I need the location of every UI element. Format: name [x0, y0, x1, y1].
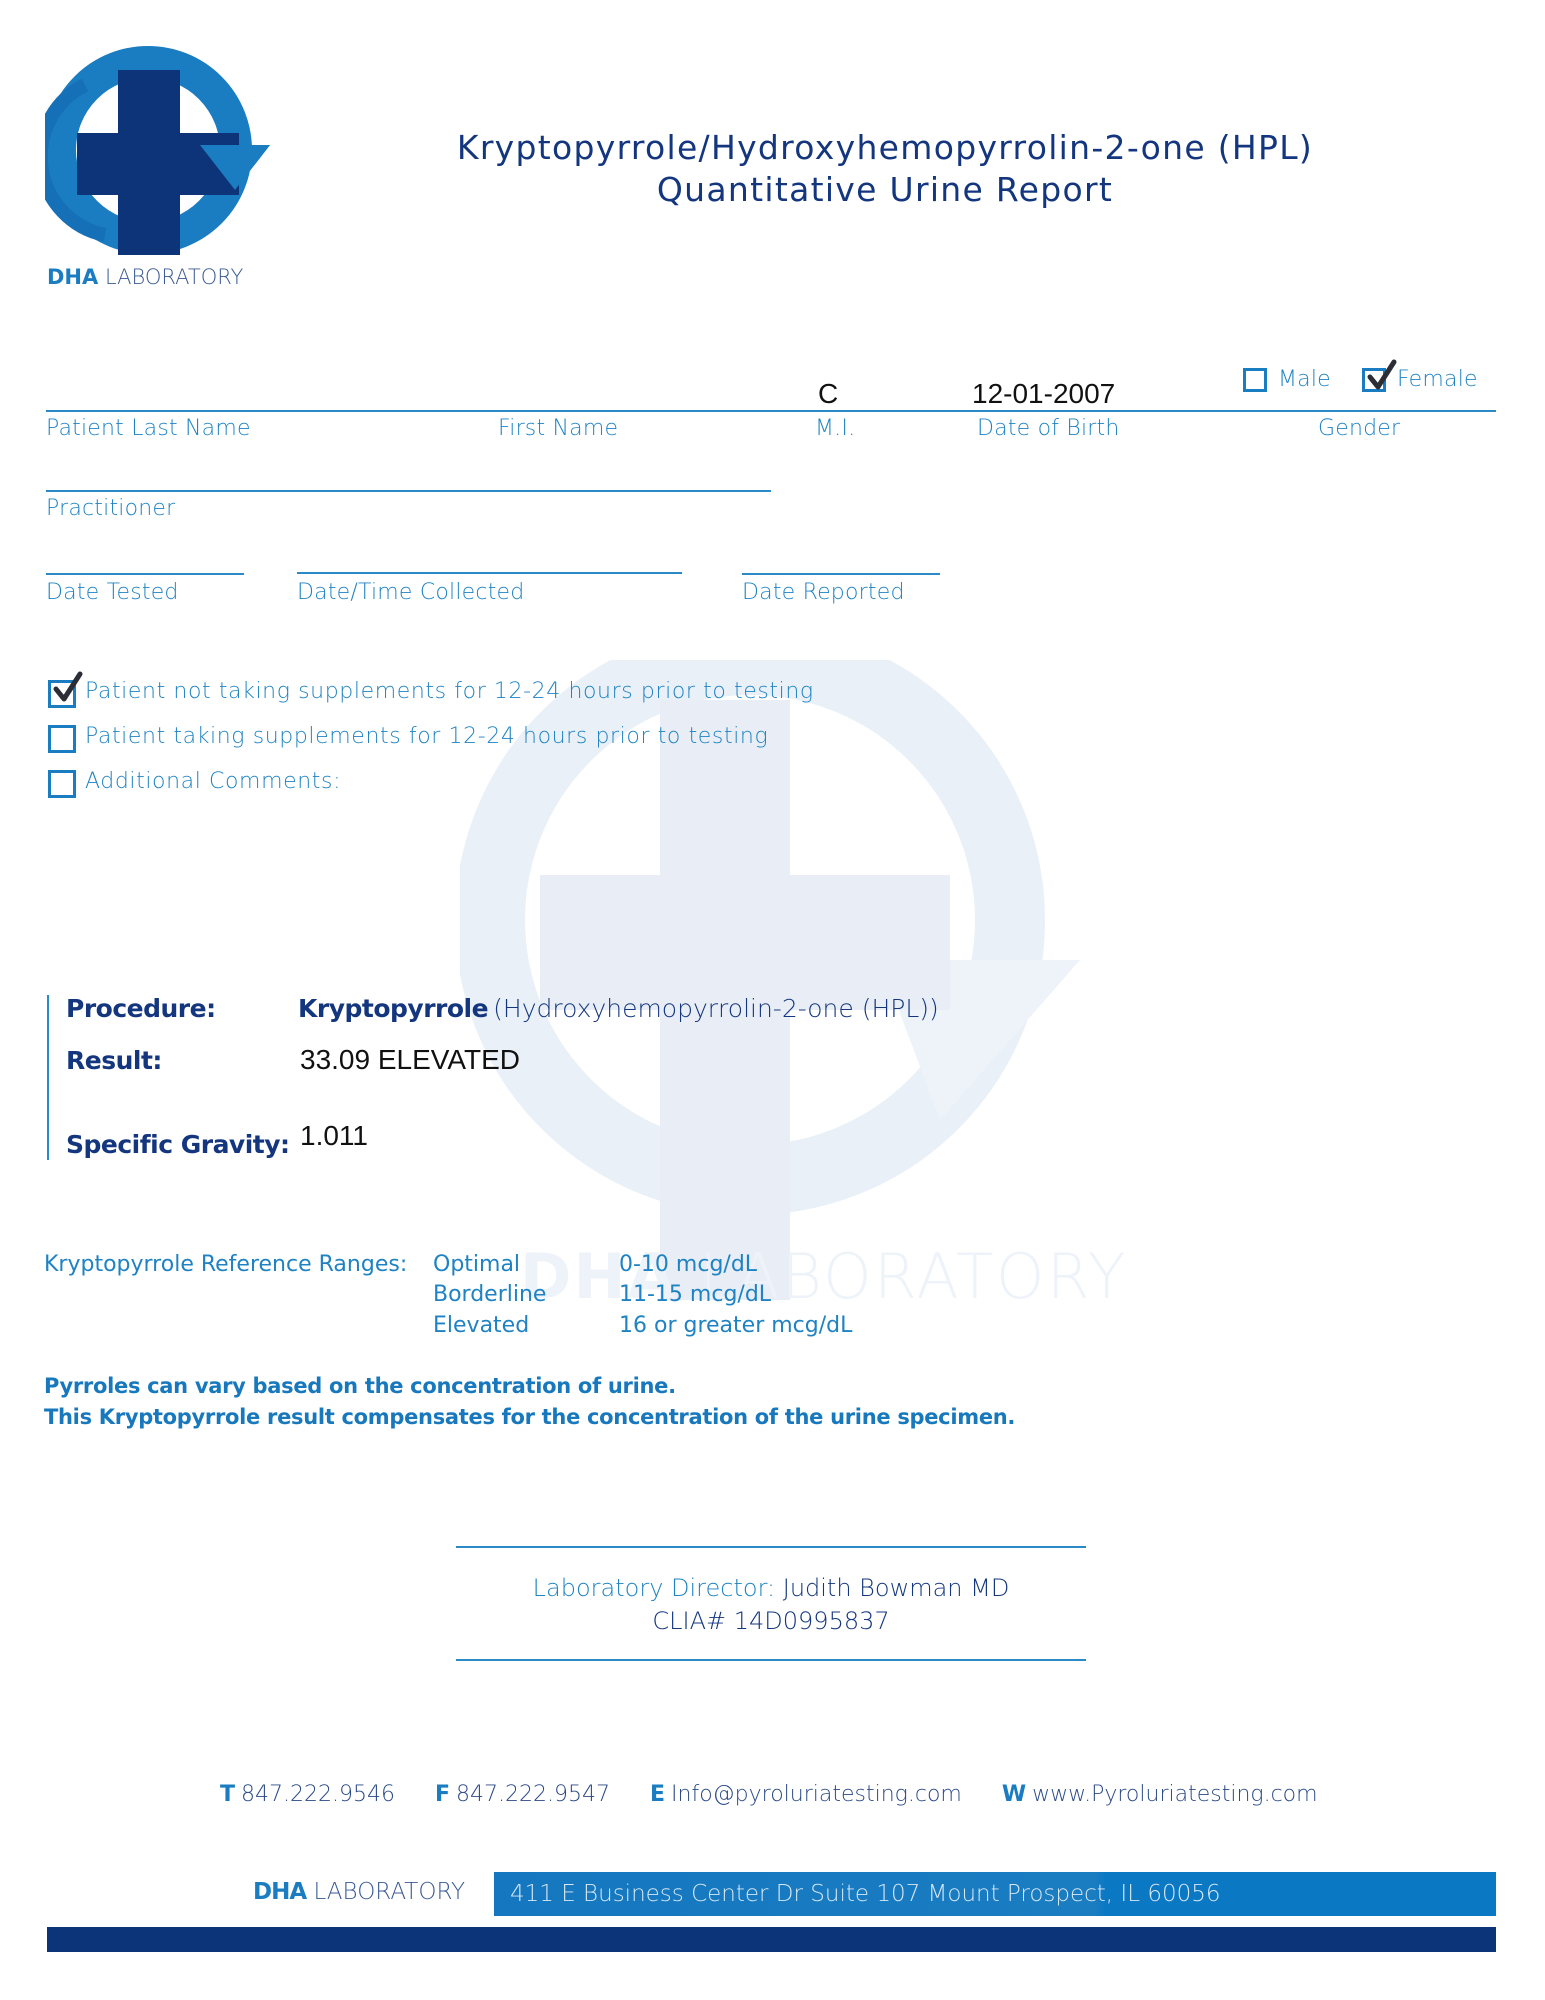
procedure-label: Procedure:: [66, 994, 216, 1023]
range-value-borderline: 11-15 mcg/dL: [619, 1282, 771, 1307]
patient-name-line: [46, 410, 1496, 412]
result-value: 33.09 ELEVATED: [300, 1044, 520, 1076]
additional-comments-label: Additional Comments:: [85, 769, 341, 794]
watermark-brand-text: DHA LABORATORY: [520, 1240, 1128, 1313]
gender-female-checkbox[interactable]: [1362, 368, 1386, 392]
report-title-line1: Kryptopyrrole/Hydroxyhemopyrrolin-2-one …: [340, 128, 1430, 167]
specific-gravity-value: 1.011: [300, 1120, 368, 1152]
date-collected-line: [297, 572, 682, 574]
range-value-optimal: 0-10 mcg/dL: [619, 1252, 757, 1277]
mi-label: M.I.: [815, 416, 855, 441]
range-value-elevated: 16 or greater mcg/dL: [619, 1313, 852, 1338]
date-reported-line: [742, 573, 940, 575]
logo-brand-text: DHA LABORATORY: [47, 265, 243, 289]
first-name-label: First Name: [498, 416, 618, 441]
reference-heading: Kryptopyrrole Reference Ranges:: [44, 1252, 407, 1277]
email-contact[interactable]: EInfo@pyroluriatesting.com: [650, 1782, 962, 1807]
phone-contact: T847.222.9546: [220, 1782, 395, 1807]
date-tested-line: [46, 573, 244, 575]
mi-value[interactable]: C: [818, 378, 838, 410]
report-title-line2: Quantitative Urine Report: [340, 170, 1430, 209]
footer-navy-bar: [47, 1927, 1496, 1952]
clia-line: CLIA# 14D0995837: [456, 1607, 1086, 1635]
fax-contact: F847.222.9547: [435, 1782, 610, 1807]
date-reported-label: Date Reported: [742, 580, 905, 605]
checkmark-icon: [1367, 359, 1397, 393]
result-label: Result:: [66, 1046, 162, 1075]
results-left-border: [47, 995, 49, 1160]
dob-label: Date of Birth: [977, 416, 1120, 441]
note-line2: This Kryptopyrrole result compensates fo…: [44, 1405, 1015, 1429]
date-tested-label: Date Tested: [46, 580, 179, 605]
gender-male-checkbox[interactable]: [1243, 368, 1267, 392]
signature-top-line: [456, 1546, 1086, 1548]
footer-address: 411 E Business Center Dr Suite 107 Mount…: [510, 1881, 1221, 1907]
gender-label: Gender: [1318, 416, 1400, 441]
practitioner-line: [46, 490, 771, 492]
date-collected-label: Date/Time Collected: [297, 580, 524, 605]
last-name-label: Patient Last Name: [46, 416, 251, 441]
website-contact[interactable]: Wwww.Pyroluriatesting.com: [1002, 1782, 1318, 1807]
not-taking-supplements-label: Patient not taking supplements for 12-24…: [85, 679, 814, 704]
range-name-elevated: Elevated: [433, 1313, 529, 1338]
range-name-borderline: Borderline: [433, 1282, 546, 1307]
checkmark-icon: [53, 671, 83, 705]
procedure-value: Kryptopyrrole (Hydroxyhemopyrrolin-2-one…: [298, 994, 939, 1023]
footer-brand: DHA LABORATORY: [253, 1879, 465, 1905]
contact-row: T847.222.9546 F847.222.9547 EInfo@pyrolu…: [220, 1782, 1318, 1807]
footer-address-bar: 411 E Business Center Dr Suite 107 Mount…: [494, 1872, 1496, 1916]
practitioner-label: Practitioner: [46, 496, 175, 521]
not-taking-supplements-checkbox[interactable]: [48, 680, 76, 708]
specific-gravity-label: Specific Gravity:: [66, 1130, 290, 1159]
signature-bottom-line: [456, 1659, 1086, 1661]
dob-value[interactable]: 12-01-2007: [972, 378, 1115, 410]
note-line1: Pyrroles can vary based on the concentra…: [44, 1374, 676, 1398]
director-line: Laboratory Director: Judith Bowman MD: [456, 1574, 1086, 1602]
header-logo: DHA LABORATORY: [45, 45, 285, 295]
gender-male-label: Male: [1278, 367, 1331, 392]
taking-supplements-label: Patient taking supplements for 12-24 hou…: [85, 724, 768, 749]
medical-cross-with-circular-arrow-icon: [45, 45, 275, 260]
additional-comments-checkbox[interactable]: [48, 770, 76, 798]
gender-female-label: Female: [1397, 367, 1478, 392]
range-name-optimal: Optimal: [433, 1252, 520, 1277]
taking-supplements-checkbox[interactable]: [48, 725, 76, 753]
